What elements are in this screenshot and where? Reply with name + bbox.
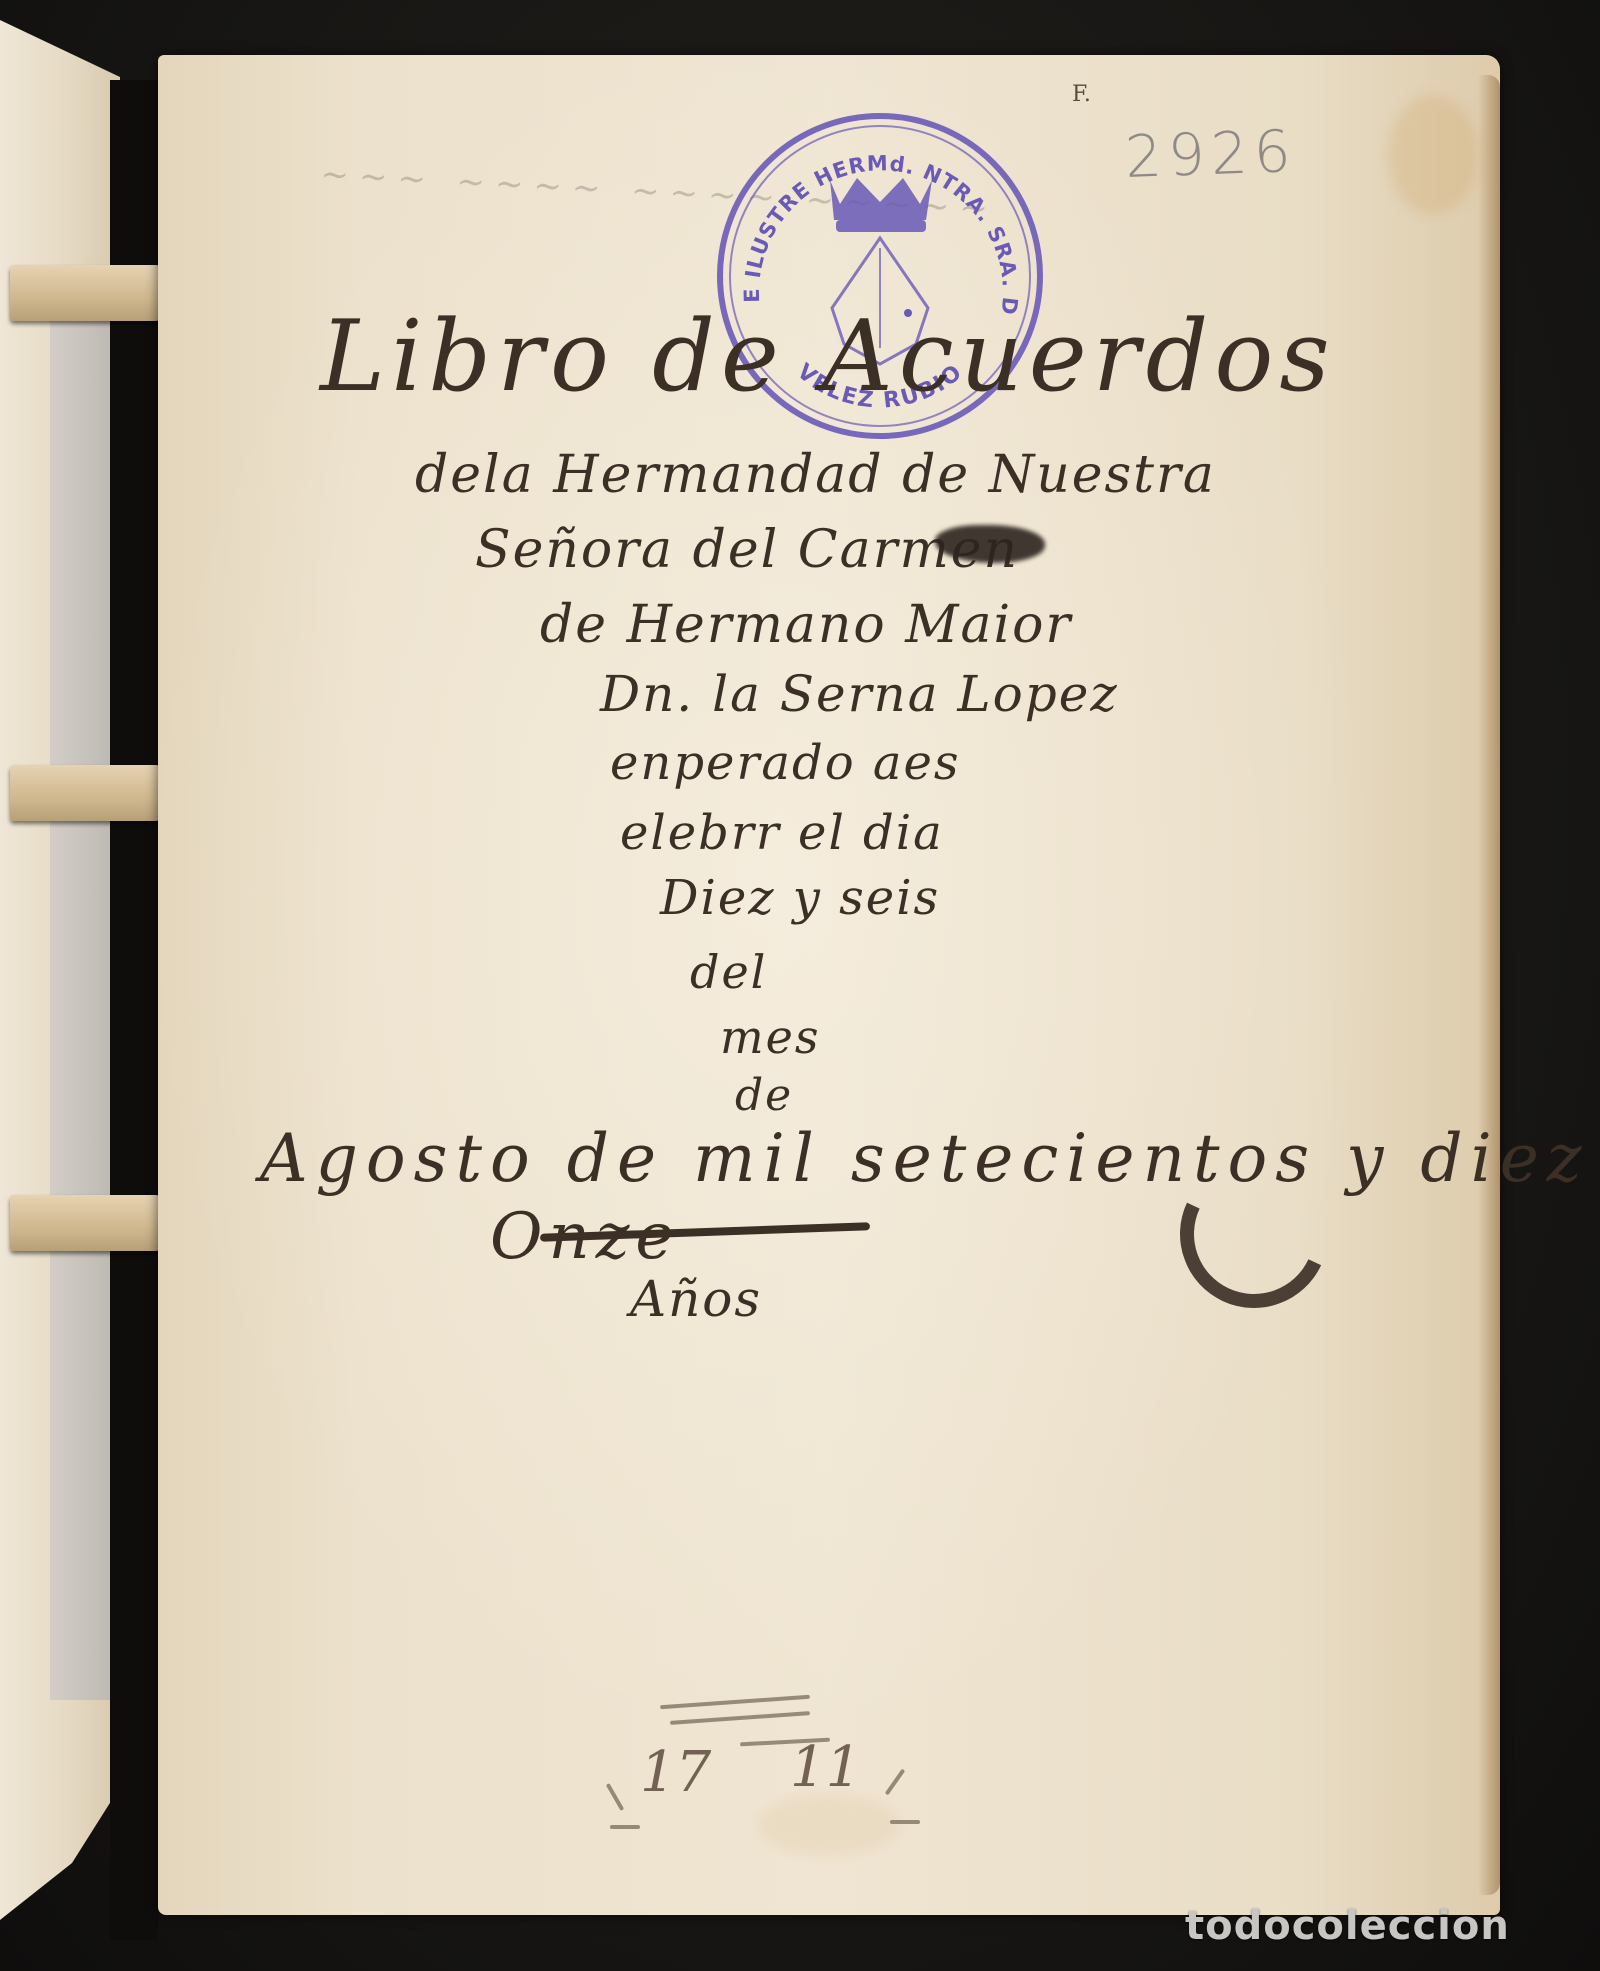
page-stain (1388, 95, 1478, 215)
watermark-logo: todocoleccion (1185, 1903, 1510, 1949)
manuscript-line: Dn. la Serna Lopez (600, 665, 1119, 723)
hatch-mark (890, 1820, 920, 1824)
manuscript-line: de (735, 1070, 793, 1121)
inner-leaf (50, 320, 110, 1700)
manuscript-line: mes (720, 1010, 820, 1064)
corner-mark: F. (1072, 82, 1091, 107)
book-binding (0, 0, 160, 1971)
manuscript-line: de Hermano Maior (540, 595, 1072, 655)
binding-tab (10, 265, 160, 321)
hatch-mark (610, 1825, 640, 1829)
manuscript-title: Libro de Acuerdos (320, 300, 1336, 414)
manuscript-line: Diez y seis (660, 870, 940, 926)
binding-tab (10, 765, 160, 821)
pencil-catalog-number: 2926 (1124, 117, 1298, 191)
manuscript-line: enperado aes (610, 735, 961, 791)
year-digits: 17 (640, 1740, 711, 1805)
manuscript-line: Años (630, 1270, 762, 1328)
binding-tab (10, 1195, 160, 1251)
hatch-mark (670, 1711, 810, 1725)
manuscript-line: Señora del Carmen (475, 520, 1019, 580)
manuscript-line: del (690, 945, 767, 999)
hatch-mark (606, 1783, 624, 1811)
manuscript-line: Agosto de mil setecientos y diez (260, 1120, 1590, 1197)
year-scribble: 17 11 (600, 1700, 920, 1870)
manuscript-line: elebrr el dia (620, 805, 944, 861)
year-digits: 11 (790, 1735, 861, 1800)
manuscript-line: dela Hermandad de Nuestra (415, 445, 1216, 505)
binding-gap (110, 80, 158, 1940)
hatch-mark (885, 1769, 905, 1796)
